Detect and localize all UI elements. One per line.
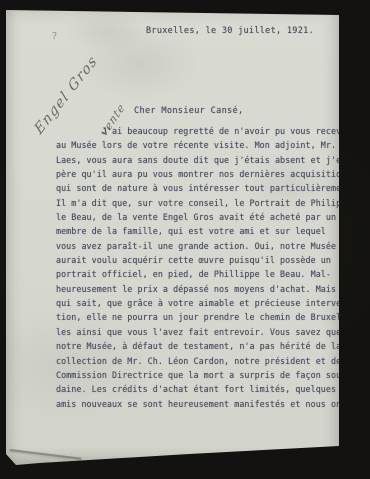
salutation: Cher Monsieur Cansé, [134,106,243,116]
paper-crease [10,449,82,459]
letter-paper: Bruxelles, le 30 juillet, 1921. ? Engel … [6,8,339,466]
letter-body: J'ai beaucoup regretté de n'avoir pu vou… [56,124,344,411]
scan-background: { "document": { "date_line": "Bruxelles,… [0,0,370,479]
pencil-question-mark: ? [52,32,57,42]
date-line: Bruxelles, le 30 juillet, 1921. [146,26,314,36]
